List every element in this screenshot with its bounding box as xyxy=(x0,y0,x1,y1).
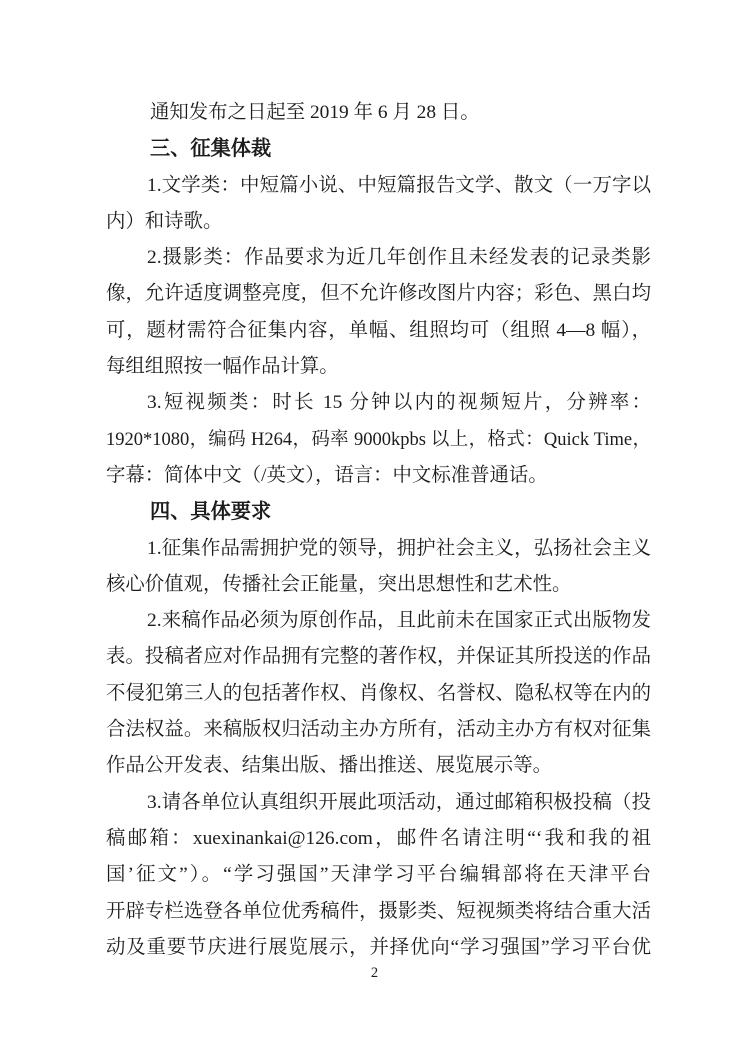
text-line: 核心价值观，传播社会正能量，突出思想性和艺术性。 xyxy=(106,567,651,603)
section-heading: 三、征集体裁 xyxy=(106,131,651,167)
text-block: 通知发布之日起至 2019 年 6 月 28 日。 三、征集体裁 1.文学类：中… xyxy=(106,95,651,966)
text-line: 动及重要节庆进行展览展示，并择优向“学习强国”学习平台优 xyxy=(106,930,651,966)
text-line: 合法权益。来稿版权归活动主办方所有，活动主办方有权对征集 xyxy=(106,712,651,748)
text-line: 2.摄影类：作品要求为近几年创作且未经发表的记录类影 xyxy=(106,240,651,276)
text-line: 1.文学类：中短篇小说、中短篇报告文学、散文（一万字以 xyxy=(106,168,651,204)
text-line: 表。投稿者应对作品拥有完整的著作权，并保证其所投送的作品 xyxy=(106,639,651,675)
text-line: 内）和诗歌。 xyxy=(106,204,651,240)
text-line: 1920*1080，编码 H264，码率 9000kpbs 以上，格式：Quic… xyxy=(106,422,651,458)
text-line: 1.征集作品需拥护党的领导，拥护社会主义，弘扬社会主义 xyxy=(106,531,651,567)
document-page: 通知发布之日起至 2019 年 6 月 28 日。 三、征集体裁 1.文学类：中… xyxy=(0,0,749,1061)
text-line: 稿邮箱：xuexinankai@126.com，邮件名请注明“‘我和我的祖 xyxy=(106,821,651,857)
text-line: 字幕：简体中文（/英文），语言：中文标准普通话。 xyxy=(106,458,651,494)
page-number: 2 xyxy=(0,964,749,983)
section-heading: 四、具体要求 xyxy=(106,494,651,530)
text-line: 国’征文”）。“学习强国”天津学习平台编辑部将在天津平台 xyxy=(106,857,651,893)
text-line: 通知发布之日起至 2019 年 6 月 28 日。 xyxy=(106,95,651,131)
text-line: 作品公开发表、结集出版、播出推送、展览展示等。 xyxy=(106,748,651,784)
text-line: 2.来稿作品必须为原创作品，且此前未在国家正式出版物发 xyxy=(106,603,651,639)
text-line: 不侵犯第三人的包括著作权、肖像权、名誉权、隐私权等在内的 xyxy=(106,676,651,712)
text-line: 像，允许适度调整亮度，但不允许修改图片内容；彩色、黑白均 xyxy=(106,276,651,312)
text-line: 3.短视频类：时长 15 分钟以内的视频短片，分辨率： xyxy=(106,385,651,421)
text-line: 可，题材需符合征集内容，单幅、组照均可（组照 4—8 幅）， xyxy=(106,313,651,349)
text-line: 每组组照按一幅作品计算。 xyxy=(106,349,651,385)
text-line: 开辟专栏选登各单位优秀稿件，摄影类、短视频类将结合重大活 xyxy=(106,894,651,930)
text-line: 3.请各单位认真组织开展此项活动，通过邮箱积极投稿（投 xyxy=(106,785,651,821)
